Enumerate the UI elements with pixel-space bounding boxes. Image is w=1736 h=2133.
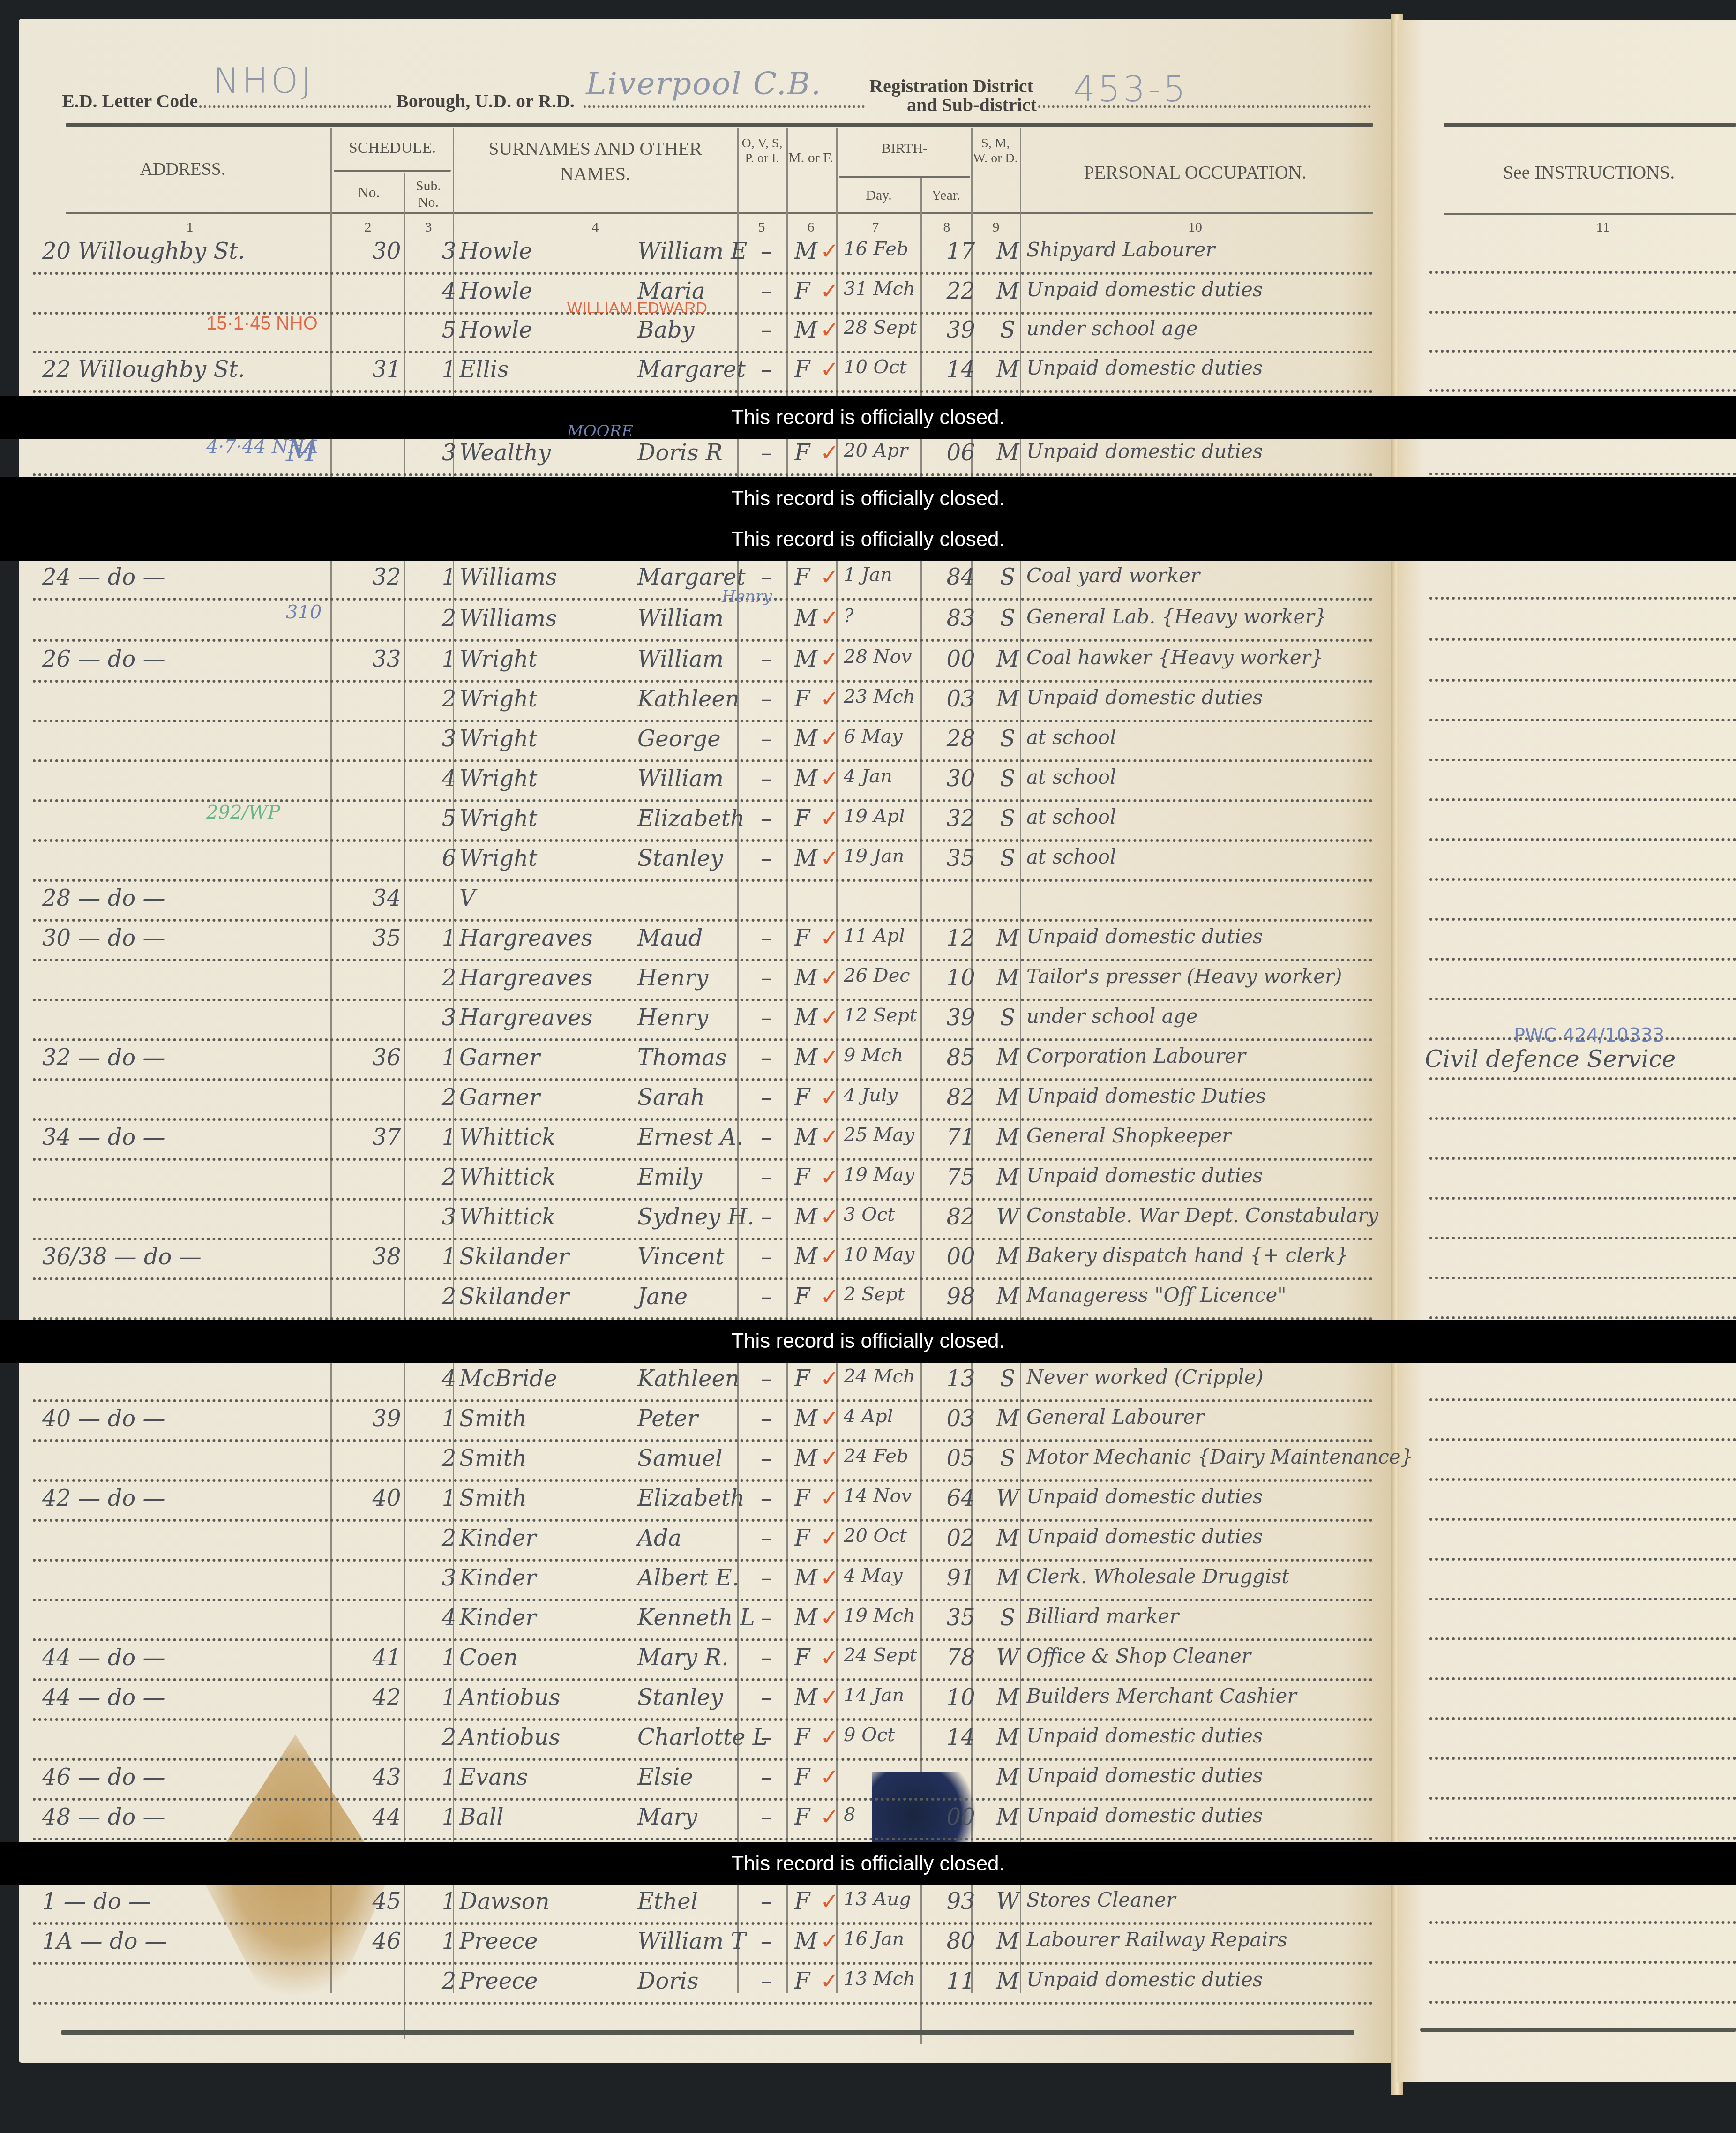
table-row: 2WhittickEmily–F19 May75MUnpaid domestic… xyxy=(33,1160,1373,1201)
ovspi-cell: – xyxy=(745,1084,787,1111)
occupation-cell: at school xyxy=(1026,845,1383,868)
col-heading-instructions: See INSTRUCTIONS. xyxy=(1476,162,1701,183)
surname-cell: Smith xyxy=(459,1405,637,1432)
instructions-row-rule xyxy=(1429,1398,1736,1401)
surname-cell: Whittick xyxy=(459,1164,637,1190)
ovspi-cell: – xyxy=(745,965,787,991)
occupation-cell: Motor Mechanic {Dairy Maintenance} xyxy=(1026,1445,1383,1468)
ovspi-cell: – xyxy=(745,925,787,951)
schedule-no-cell: 39 xyxy=(356,1405,417,1432)
ovspi-cell: – xyxy=(745,686,787,712)
surname-cell: Kinder xyxy=(459,1605,637,1631)
table-row: 2SmithSamuel–M24 Feb05SMotor Mechanic {D… xyxy=(33,1442,1373,1482)
check-mark-icon: ✓ xyxy=(820,317,839,343)
surname-cell: Ball xyxy=(459,1804,637,1830)
instructions-row-rule xyxy=(1429,958,1736,961)
table-row: 4KinderKenneth L–M19 Mch35SBilliard mark… xyxy=(33,1601,1373,1641)
schedule-no-cell: 46 xyxy=(356,1928,417,1954)
surname-cell: Whittick xyxy=(459,1124,637,1150)
schedule-no-cell: 38 xyxy=(356,1244,417,1270)
surname-cell: Wright xyxy=(459,726,637,752)
surname-cell: Skilander xyxy=(459,1284,637,1310)
address-cell: 22 Willoughby St. xyxy=(42,356,342,383)
col-heading-birth: BIRTH- xyxy=(839,141,970,157)
register-bottom-rule xyxy=(61,2030,1354,2035)
name-correction-annotation: WILLIAM EDWARD xyxy=(567,299,707,317)
check-mark-icon: ✓ xyxy=(820,440,839,466)
occupation-cell: Stores Cleaner xyxy=(1026,1888,1383,1911)
occupation-cell: at school xyxy=(1026,766,1383,789)
check-mark-icon: ✓ xyxy=(820,1284,839,1310)
check-mark-icon: ✓ xyxy=(820,1888,839,1915)
surname-cell: McBride xyxy=(459,1366,637,1392)
col-number: 6 xyxy=(797,219,825,235)
borough-label: Borough, U.D. or R.D. xyxy=(396,90,575,112)
schedule-no-cell: 36 xyxy=(356,1044,417,1071)
surname-cell: Wright xyxy=(459,805,637,832)
occupation-cell: Never worked (Cripple) xyxy=(1026,1366,1383,1389)
ovspi-cell: – xyxy=(745,726,787,752)
instructions-row-rule xyxy=(1429,1558,1736,1561)
ovspi-cell: – xyxy=(745,1645,787,1671)
instructions-row-rule xyxy=(1429,350,1736,353)
occupation-cell: Office & Shop Cleaner xyxy=(1026,1645,1383,1667)
ovspi-cell: – xyxy=(745,1888,787,1915)
occupation-cell: Labourer Railway Repairs xyxy=(1026,1928,1383,1951)
instructions-row-rule xyxy=(1429,1438,1736,1441)
instructions-row-rule xyxy=(1429,1277,1736,1279)
ovspi-cell: – xyxy=(745,1565,787,1591)
ovspi-cell: – xyxy=(745,1684,787,1711)
instructions-row-rule xyxy=(1429,998,1736,1000)
col-heading-sex: M. or F. xyxy=(788,150,833,166)
table-row: 2SkilanderJane–F2 Sept98MManageress "Off… xyxy=(33,1280,1373,1320)
col-number: 1 xyxy=(176,219,204,235)
schedule-no-cell: 40 xyxy=(356,1485,417,1511)
ovspi-cell: – xyxy=(745,1445,787,1472)
table-row: 22 Willoughby St.311EllisMargaret–F10 Oc… xyxy=(33,353,1373,393)
check-mark-icon: ✓ xyxy=(820,1605,839,1631)
address-cell: 26 — do — xyxy=(42,646,342,672)
surname-cell: Dawson xyxy=(459,1888,637,1915)
row-rule xyxy=(33,598,1373,601)
check-mark-icon: ✓ xyxy=(820,1164,839,1190)
occupation-cell: Coal yard worker xyxy=(1026,564,1383,587)
surname-cell: Wright xyxy=(459,686,637,712)
surname-cell: Williams xyxy=(459,605,637,631)
ovspi-cell: – xyxy=(745,1764,787,1790)
occupation-cell: Manageress "Off Licence" xyxy=(1026,1284,1383,1307)
ovspi-cell: – xyxy=(745,1005,787,1031)
check-mark-icon: ✓ xyxy=(820,646,839,672)
registration-district-value: 453-5 xyxy=(1073,69,1188,110)
surname-cell: Garner xyxy=(459,1044,637,1071)
table-row: 2HargreavesHenry–M26 Dec10MTailor's pres… xyxy=(33,961,1373,1001)
surname-cell: Coen xyxy=(459,1645,637,1671)
col-number: 9 xyxy=(982,219,1010,235)
ovspi-cell: – xyxy=(745,440,787,466)
instructions-row-rule xyxy=(1429,1717,1736,1720)
ovspi-cell: – xyxy=(745,1485,787,1511)
occupation-cell: Unpaid domestic duties xyxy=(1026,1724,1383,1747)
instructions-row-rule xyxy=(1429,389,1736,392)
instructions-row-rule xyxy=(1429,311,1736,314)
address-cell: 40 — do — xyxy=(42,1405,342,1432)
table-row: 3WhittickSydney H.–M3 Oct82WConstable. W… xyxy=(33,1200,1373,1240)
address-cell: 44 — do — xyxy=(42,1645,342,1671)
table-row: 26 — do —331WrightWilliam–M28 Nov00MCoal… xyxy=(33,642,1373,683)
schedule-no-cell: 30 xyxy=(356,238,417,264)
margin-annotation: 15·1·45 NHO xyxy=(206,313,318,334)
closed-record-banner: This record is officially closed. xyxy=(0,518,1736,561)
schedule-no-cell: 32 xyxy=(356,564,417,590)
table-row: 30 — do —351HargreavesMaud–F11 Apl12MUnp… xyxy=(33,921,1373,961)
table-row: 34 — do —371WhittickErnest A.–M25 May71M… xyxy=(33,1120,1373,1161)
check-mark-icon: ✓ xyxy=(820,1485,839,1511)
sub-district-label: and Sub-district xyxy=(907,94,1037,116)
surname-cell: Howle xyxy=(459,238,637,264)
check-mark-icon: ✓ xyxy=(820,1366,839,1392)
instructions-row-rule xyxy=(1429,759,1736,761)
col-number: 4 xyxy=(581,219,609,235)
check-mark-icon: ✓ xyxy=(820,238,839,264)
other-names-cell: William xyxy=(637,605,778,631)
instructions-row-rule xyxy=(1429,1598,1736,1600)
check-mark-icon: ✓ xyxy=(820,1044,839,1071)
col-heading-address: ADDRESS. xyxy=(112,159,253,180)
instructions-row-rule xyxy=(1429,878,1736,881)
col-heading-schedule: SCHEDULE. xyxy=(334,139,451,157)
check-mark-icon: ✓ xyxy=(820,278,839,304)
address-cell: 1A — do — xyxy=(42,1928,342,1954)
check-mark-icon: ✓ xyxy=(820,1645,839,1671)
ovspi-cell: – xyxy=(745,1928,787,1954)
ovspi-cell: – xyxy=(745,1405,787,1432)
occupation-cell: Corporation Labourer xyxy=(1026,1044,1383,1067)
schedule-no-cell: 44 xyxy=(356,1804,417,1830)
instructions-row-rule xyxy=(1429,1518,1736,1521)
ovspi-cell: – xyxy=(745,1804,787,1830)
ovspi-cell: – xyxy=(745,1605,787,1631)
ovspi-cell: – xyxy=(745,1204,787,1230)
name-correction-annotation: MOORE xyxy=(567,422,633,441)
table-row: 20 Willoughby St.303HowleWilliam E–M16 F… xyxy=(33,234,1373,275)
occupation-cell: General Shopkeeper xyxy=(1026,1124,1383,1147)
col-number: 5 xyxy=(748,219,776,235)
address-cell: 24 — do — xyxy=(42,564,342,590)
check-mark-icon: ✓ xyxy=(820,726,839,752)
col-number: 3 xyxy=(414,219,442,235)
table-row: 4McBrideKathleen–F24 Mch13SNever worked … xyxy=(33,1362,1373,1402)
occupation-cell: Bakery dispatch hand {+ clerk} xyxy=(1026,1244,1383,1267)
occupation-cell: General Lab. {Heavy worker} xyxy=(1026,605,1383,628)
instructions-row-rule xyxy=(1429,1921,1736,1924)
header-top-rule-right xyxy=(1444,123,1736,127)
occupation-cell: Unpaid domestic duties xyxy=(1026,1485,1383,1508)
surname-cell: Antiobus xyxy=(459,1684,637,1711)
surname-cell: Smith xyxy=(459,1445,637,1472)
schedule-subrule xyxy=(334,170,451,172)
surname-cell: Preece xyxy=(459,1968,637,1994)
ovspi-cell: – xyxy=(745,1724,787,1750)
ovspi-cell: – xyxy=(745,845,787,871)
surname-cell: Whittick xyxy=(459,1204,637,1230)
surname-cell: Antiobus xyxy=(459,1724,637,1750)
ed-letter-code-value: NHOJ xyxy=(213,61,314,101)
check-mark-icon: ✓ xyxy=(820,1764,839,1790)
closed-record-banner: This record is officially closed. xyxy=(0,477,1736,520)
schedule-no-cell: 41 xyxy=(356,1645,417,1671)
surname-cell: Skilander xyxy=(459,1244,637,1270)
ed-letter-code-label: E.D. Letter Code xyxy=(62,90,198,112)
instructions-row-rule xyxy=(1429,1637,1736,1640)
occupation-cell: Unpaid domestic duties xyxy=(1026,1804,1383,1827)
occupation-cell: at school xyxy=(1026,805,1383,828)
check-mark-icon: ✓ xyxy=(820,1928,839,1954)
table-row: 2KinderAda–F20 Oct02MUnpaid domestic dut… xyxy=(33,1521,1373,1562)
row-rule xyxy=(33,473,1373,476)
check-mark-icon: ✓ xyxy=(820,1084,839,1111)
schedule-no-cell: 42 xyxy=(356,1684,417,1711)
schedule-no-cell: 45 xyxy=(356,1888,417,1915)
row-rule xyxy=(33,2002,1373,2005)
address-cell: 36/38 — do — xyxy=(42,1244,342,1270)
address-cell: 30 — do — xyxy=(42,925,342,951)
table-row: 2WrightKathleen–F23 Mch03MUnpaid domesti… xyxy=(33,682,1373,722)
ovspi-cell: – xyxy=(745,1124,787,1150)
col-heading-ovspi: O, V, S, P. or I. xyxy=(740,136,785,166)
table-row: 6WrightStanley–M19 Jan35Sat school✓ xyxy=(33,841,1373,882)
header-top-rule xyxy=(66,123,1373,127)
ed-letter-code-line xyxy=(199,105,391,108)
occupation-cell: Unpaid domestic duties xyxy=(1026,440,1383,463)
check-mark-icon: ✓ xyxy=(820,605,839,631)
occupation-cell: Builders Merchant Cashier xyxy=(1026,1684,1383,1707)
instructions-row-rule xyxy=(1429,1478,1736,1481)
occupation-cell: Unpaid domestic duties xyxy=(1026,1968,1383,1991)
check-mark-icon: ✓ xyxy=(820,356,839,383)
occupation-cell: Unpaid domestic duties xyxy=(1026,1525,1383,1548)
surname-cell: Kinder xyxy=(459,1565,637,1591)
ovspi-cell: – xyxy=(745,278,787,304)
table-row: 2PreeceDoris–F13 Mch11MUnpaid domestic d… xyxy=(33,1964,1373,2005)
table-row: 44 — do —421AntiobusStanley–M14 Jan10MBu… xyxy=(33,1681,1373,1721)
table-row: 5HowleBaby–M28 Sept39Sunder school age✓1… xyxy=(33,313,1373,353)
table-row: 28 — do —34V xyxy=(33,881,1373,922)
schedule-no-cell: 31 xyxy=(356,356,417,383)
surname-cell: Ellis xyxy=(459,356,637,383)
check-mark-icon: ✓ xyxy=(820,1445,839,1472)
check-mark-icon: ✓ xyxy=(820,925,839,951)
register-bottom-rule-right xyxy=(1420,2028,1736,2032)
check-mark-icon: ✓ xyxy=(820,965,839,991)
surname-cell: Preece xyxy=(459,1928,637,1954)
table-row: 42 — do —401SmithElizabeth–F14 Nov64WUnp… xyxy=(33,1481,1373,1522)
instructions-row-rule xyxy=(1429,679,1736,682)
instructions-row-rule xyxy=(1429,1837,1736,1840)
table-row: 2WilliamsWilliamM?83SGeneral Lab. {Heavy… xyxy=(33,601,1373,642)
occupation-cell: Clerk. Wholesale Druggist xyxy=(1026,1565,1383,1588)
address-cell: 44 — do — xyxy=(42,1684,342,1711)
occupation-cell: Shipyard Labourer xyxy=(1026,238,1383,261)
occupation-cell: Tailor's presser (Heavy worker) xyxy=(1026,965,1383,988)
check-mark-icon: ✓ xyxy=(820,805,839,832)
col-heading-sub-no: Sub. No. xyxy=(406,178,451,210)
margin-annotation: 292/WP xyxy=(206,802,280,823)
borough-line xyxy=(584,105,865,108)
ovspi-cell: – xyxy=(745,766,787,792)
occupation-cell: Unpaid domestic duties xyxy=(1026,686,1383,709)
surname-cell: Evans xyxy=(459,1764,637,1790)
check-mark-icon: ✓ xyxy=(820,686,839,712)
instructions-row-rule xyxy=(1429,1797,1736,1800)
borough-value: Liverpool C.B. xyxy=(586,66,822,102)
schedule-no-cell: 33 xyxy=(356,646,417,672)
closed-record-banner: This record is officially closed. xyxy=(0,396,1736,439)
col-number: 2 xyxy=(354,219,382,235)
col-number: 10 xyxy=(1181,219,1209,235)
address-cell: 42 — do — xyxy=(42,1485,342,1511)
instructions-row-rule xyxy=(1429,473,1736,475)
occupation-cell: Unpaid domestic duties xyxy=(1026,1764,1383,1787)
ovspi-cell: – xyxy=(745,1284,787,1310)
instructions-row-rule xyxy=(1429,1677,1736,1680)
occupation-cell: Unpaid domestic duties xyxy=(1026,1164,1383,1187)
check-mark-icon: ✓ xyxy=(820,1124,839,1150)
table-row: 32 — do —361GarnerThomas–M9 Mch85MCorpor… xyxy=(33,1041,1373,1081)
table-row: 44 — do —411CoenMary R.–F24 Sept78WOffic… xyxy=(33,1641,1373,1681)
col-heading-birth-year: Year. xyxy=(922,188,969,204)
check-mark-icon: ✓ xyxy=(820,766,839,792)
occupation-cell: under school age xyxy=(1026,1005,1383,1028)
instructions-row-rule xyxy=(1429,1237,1736,1239)
closed-record-banner: This record is officially closed. xyxy=(0,1842,1736,1885)
occupation-cell: Billiard marker xyxy=(1026,1605,1383,1628)
check-mark-icon: ✓ xyxy=(820,845,839,871)
instructions-row-rule xyxy=(1429,1117,1736,1120)
instructions-row-rule xyxy=(1429,838,1736,841)
table-row: 36/38 — do —381SkilanderVincent–M10 May0… xyxy=(33,1240,1373,1280)
ovspi-cell: – xyxy=(745,646,787,672)
surname-cell: Wright xyxy=(459,646,637,672)
col-heading-names: SURNAMES AND OTHER NAMES. xyxy=(478,136,712,187)
surname-cell: Howle xyxy=(459,317,637,343)
table-row: 48 — do —441BallMary–F800MUnpaid domesti… xyxy=(33,1800,1373,1840)
col-number: 8 xyxy=(933,219,961,235)
check-mark-icon: ✓ xyxy=(820,1244,839,1270)
check-mark-icon: ✓ xyxy=(820,1968,839,1994)
ovspi-cell: – xyxy=(745,564,787,590)
address-cell: 1 — do — xyxy=(42,1888,342,1915)
ovspi-cell: – xyxy=(745,1968,787,1994)
instructions-row-rule xyxy=(1429,1157,1736,1160)
surname-cell: Wright xyxy=(459,845,637,871)
surname-cell: V xyxy=(459,885,637,911)
instructions-row-rule xyxy=(1429,271,1736,274)
instructions-row-rule xyxy=(1429,719,1736,721)
col-number: 11 xyxy=(1589,219,1617,235)
surname-cell: Williams xyxy=(459,564,637,590)
table-row: 1 — do —451DawsonEthel–F13 Aug93WStores … xyxy=(33,1885,1373,1925)
header-bottom-rule xyxy=(66,212,1373,214)
ovspi-cell: – xyxy=(745,1366,787,1392)
occupation-cell: under school age xyxy=(1026,317,1383,340)
instructions-row-rule xyxy=(1429,918,1736,921)
ovspi-cell: – xyxy=(745,1525,787,1551)
table-row: 2GarnerSarah–F4 July82MUnpaid domestic D… xyxy=(33,1081,1373,1121)
table-row: 3HargreavesHenry–M12 Sept39Sunder school… xyxy=(33,1001,1373,1041)
surname-cell: Hargreaves xyxy=(459,925,637,951)
instructions-entry: Civil defence Service xyxy=(1425,1045,1676,1073)
check-mark-icon: ✓ xyxy=(820,1804,839,1830)
occupation-cell: at school xyxy=(1026,726,1383,749)
table-row: 46 — do —431EvansElsie–FMUnpaid domestic… xyxy=(33,1760,1373,1801)
col-heading-marital: S, M, W. or D. xyxy=(973,136,1018,166)
table-row: 24 — do —321WilliamsMargaret–F1 Jan84SCo… xyxy=(33,560,1373,601)
surname-cell: Wealthy xyxy=(459,440,637,466)
instructions-row-rule xyxy=(1429,1316,1736,1319)
instructions-row-rule xyxy=(1429,1757,1736,1760)
instructions-row-rule xyxy=(1429,1077,1736,1080)
ovspi-cell: – xyxy=(745,1244,787,1270)
surname-cell: Hargreaves xyxy=(459,965,637,991)
address-cell: 34 — do — xyxy=(42,1124,342,1150)
instructions-row-rule xyxy=(1429,597,1736,600)
occupation-cell: Unpaid domestic duties xyxy=(1026,278,1383,301)
closed-record-banner: This record is officially closed. xyxy=(0,1320,1736,1363)
instructions-row-rule xyxy=(1429,638,1736,641)
ovspi-cell: – xyxy=(745,356,787,383)
table-row: 3WealthyDoris R–F20 Apr06MUnpaid domesti… xyxy=(33,436,1373,476)
address-cell: 48 — do — xyxy=(42,1804,342,1830)
row-rule xyxy=(33,390,1373,393)
margin-annotation: 310 xyxy=(286,601,322,623)
surname-cell: Garner xyxy=(459,1084,637,1111)
address-cell: 28 — do — xyxy=(42,885,342,911)
col-heading-occupation: PERSONAL OCCUPATION. xyxy=(1031,162,1359,183)
instructions-annotation: PWC 424/10333 xyxy=(1514,1025,1664,1046)
birth-subrule xyxy=(839,176,970,178)
schedule-no-cell: 35 xyxy=(356,925,417,951)
occupation-cell: Unpaid domestic duties xyxy=(1026,356,1383,379)
instructions-row-rule xyxy=(1429,2001,1736,2004)
occupation-cell: Unpaid domestic duties xyxy=(1026,925,1383,948)
instructions-row-rule xyxy=(1429,1961,1736,1964)
ovspi-cell: – xyxy=(745,317,787,343)
occupation-cell: Constable. War Dept. Constabulary xyxy=(1026,1204,1383,1227)
margin-annotation-mark: M xyxy=(286,434,317,469)
ovspi-cell: – xyxy=(745,805,787,832)
occupation-cell: General Labourer xyxy=(1026,1405,1383,1428)
table-row: 40 — do —391SmithPeter–M4 Apl03MGeneral … xyxy=(33,1402,1373,1442)
instructions-row-rule xyxy=(1429,1197,1736,1200)
address-cell: 32 — do — xyxy=(42,1044,342,1071)
row-rule xyxy=(33,1838,1373,1840)
ovspi-cell: – xyxy=(745,1044,787,1071)
ovspi-cell: – xyxy=(745,1164,787,1190)
surname-cell: Kinder xyxy=(459,1525,637,1551)
schedule-no-cell: 43 xyxy=(356,1764,417,1790)
schedule-no-cell: 34 xyxy=(356,885,417,911)
col-heading-schedule-no: No. xyxy=(334,184,404,201)
ovspi-cell: – xyxy=(745,238,787,264)
check-mark-icon: ✓ xyxy=(820,1724,839,1750)
table-row: 2AntiobusCharlotte L–F9 Oct14MUnpaid dom… xyxy=(33,1720,1373,1761)
schedule-no-cell: 37 xyxy=(356,1124,417,1150)
table-row: 3WrightGeorge–M6 May28Sat school✓ xyxy=(33,722,1373,762)
table-row: 1A — do —461PreeceWilliam T–M16 Jan80MLa… xyxy=(33,1924,1373,1965)
table-row: 4WrightWilliam–M4 Jan30Sat school✓ xyxy=(33,762,1373,802)
